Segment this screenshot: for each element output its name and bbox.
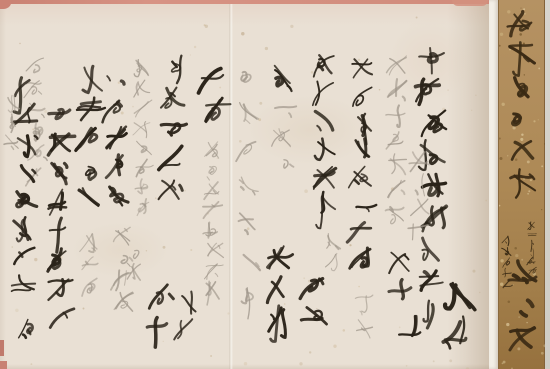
calligraphy-character [131,118,152,140]
calligraphy-character [439,314,475,352]
calligraphy-character [105,124,133,154]
calligraphy-character [1,113,21,134]
calligraphy-character [104,152,132,182]
calligraphy-character [2,132,22,153]
backdrop-edge-bottom-left [0,340,4,356]
backdrop-edge-top [0,0,489,4]
calligraphy-character [131,178,152,200]
calligraphy-character [386,248,414,278]
calligraphy-column [74,64,106,214]
calligraphy-character [386,77,411,104]
calligraphy-character [309,78,337,108]
calligraphy-character [236,247,262,275]
calligraphy-character [310,50,338,80]
calligraphy-character [76,94,106,126]
calligraphy-character [133,98,154,120]
calligraphy-character [44,187,73,218]
calligraphy-character [407,148,431,174]
calligraphy-character [274,102,298,127]
calligraphy-column [172,288,200,342]
photo [0,0,550,369]
calligraphy-column [384,52,411,227]
calligraphy-character [74,184,104,216]
calligraphy-character [234,99,260,127]
calligraphy-character [11,186,39,216]
calligraphy-character [45,245,74,276]
calligraphy-character [133,138,154,160]
calligraphy-character [507,166,539,200]
calligraphy-character [384,127,409,154]
calligraphy-character [349,56,376,85]
calligraphy-character [157,144,187,176]
calligraphy-character [48,303,77,334]
backdrop-edge-right [545,0,550,369]
calligraphy-character [273,148,297,173]
calligraphy-character [102,180,130,210]
title-label-strip [498,0,545,369]
calligraphy-character [201,94,233,128]
calligraphy-character [348,245,375,274]
calligraphy-character [133,158,154,180]
calligraphy-character [203,260,224,282]
calligraphy-character [44,216,73,247]
calligraphy-character [202,200,223,222]
calligraphy-character [2,94,22,115]
calligraphy-column [202,140,225,300]
calligraphy-character [505,38,537,72]
calligraphy-character [413,42,445,76]
calligraphy-character [418,106,450,140]
calligraphy-character [234,62,260,90]
calligraphy-column [322,232,343,270]
calligraphy-character [204,240,225,262]
calligraphy-character [113,246,136,270]
calligraphy-column [46,100,77,332]
calligraphy-column [270,62,298,92]
calligraphy-column [505,6,540,198]
calligraphy-column [348,56,378,272]
calligraphy-character [159,114,189,146]
calligraphy-character [348,83,375,112]
calligraphy-character [47,129,76,160]
calligraphy-character [47,274,76,305]
calligraphy-character [350,110,377,139]
calligraphy-character [78,230,101,254]
calligraphy-character [410,172,434,198]
calligraphy-character [505,6,537,40]
calligraphy-character [351,191,378,220]
calligraphy-character [312,162,340,192]
calligraphy-character [143,312,173,344]
calligraphy-character [300,301,329,332]
calligraphy-character [131,78,152,100]
calligraphy-character [201,220,222,242]
calligraphy-character [383,202,408,229]
calligraphy-character [8,214,36,244]
calligraphy-character [9,270,37,300]
calligraphy-character [385,52,410,79]
calligraphy-character [74,154,104,186]
calligraphy-column [442,278,479,350]
calligraphy-character [346,218,373,247]
calligraphy-character [385,177,410,204]
calligraphy-character [233,136,259,164]
calligraphy-character [443,278,479,316]
calligraphy-column [1,94,22,151]
backdrop-edge-top-right [452,0,488,6]
calligraphy-column [398,314,426,342]
calligraphy-character [413,74,445,108]
calligraphy-character [110,268,133,292]
calligraphy-character [45,158,74,189]
mounting-gap [489,0,498,369]
calligraphy-column [352,292,378,340]
calligraphy-character [506,322,539,357]
calligraphy-column [198,62,233,126]
calligraphy-character [298,272,327,303]
calligraphy-character [202,160,223,182]
calligraphy-character [504,70,536,104]
calligraphy-character [233,284,259,312]
calligraphy-character [196,62,228,96]
calligraphy-character [312,190,340,220]
calligraphy-character [110,224,133,248]
calligraphy-character [382,102,407,129]
calligraphy-column [80,230,102,296]
label-strip-calligraphy-layer [499,0,544,369]
calligraphy-character [506,256,539,291]
calligraphy-column [507,256,539,355]
letter-paper [0,0,489,369]
calligraphy-character [323,251,343,272]
calligraphy-character [348,137,375,166]
calligraphy-character [157,174,187,206]
calligraphy-character [268,62,298,94]
calligraphy-character [264,244,294,276]
calligraphy-column [158,54,190,204]
calligraphy-character [352,316,376,342]
calligraphy-character [309,134,337,164]
calligraphy-column [386,248,414,304]
calligraphy-column [132,58,154,218]
calligraphy-character [79,274,102,298]
calligraphy-character [398,314,426,344]
calligraphy-column [300,272,329,330]
calligraphy-column [408,148,434,244]
calligraphy-column [102,68,133,208]
backdrop-corner-bottom-left [0,361,7,369]
calligraphy-character [132,58,153,80]
calligraphy-character [173,315,200,344]
calligraphy-character [173,288,200,317]
calligraphy-character [156,84,186,116]
calligraphy-character [354,292,378,318]
calligraphy-character [346,164,373,193]
calligraphy-character [234,210,260,238]
calligraphy-character [386,276,414,306]
calligraphy-character [270,125,294,150]
calligraphy-character [234,173,260,201]
calligraphy-character [203,280,224,302]
calligraphy-character [202,180,223,202]
calligraphy-character [160,54,190,86]
calligraphy-character [263,304,293,336]
calligraphy-column [16,316,38,340]
calligraphy-character [505,289,538,324]
calligraphy-character [409,196,433,222]
calligraphy-character [406,220,430,246]
calligraphy-character [504,102,536,136]
calligraphy-character [262,274,292,306]
calligraphy-column [234,62,262,321]
calligraphy-character [508,134,540,168]
calligraphy-column [272,102,298,171]
calligraphy-character [311,106,339,136]
calligraphy-character [133,198,154,220]
calligraphy-character [74,124,104,156]
calligraphy-character [203,140,224,162]
calligraphy-character [12,158,40,188]
calligraphy-character [10,242,38,272]
calligraphy-character [76,64,106,96]
calligraphy-column [262,244,294,334]
calligraphy-character [14,316,38,342]
calligraphy-column [310,50,340,218]
calligraphy-character [45,100,74,131]
calligraphy-character [113,290,136,314]
letter-calligraphy-layer [0,0,489,369]
calligraphy-character [322,232,342,253]
calligraphy-character [79,252,102,276]
calligraphy-column [112,224,136,312]
